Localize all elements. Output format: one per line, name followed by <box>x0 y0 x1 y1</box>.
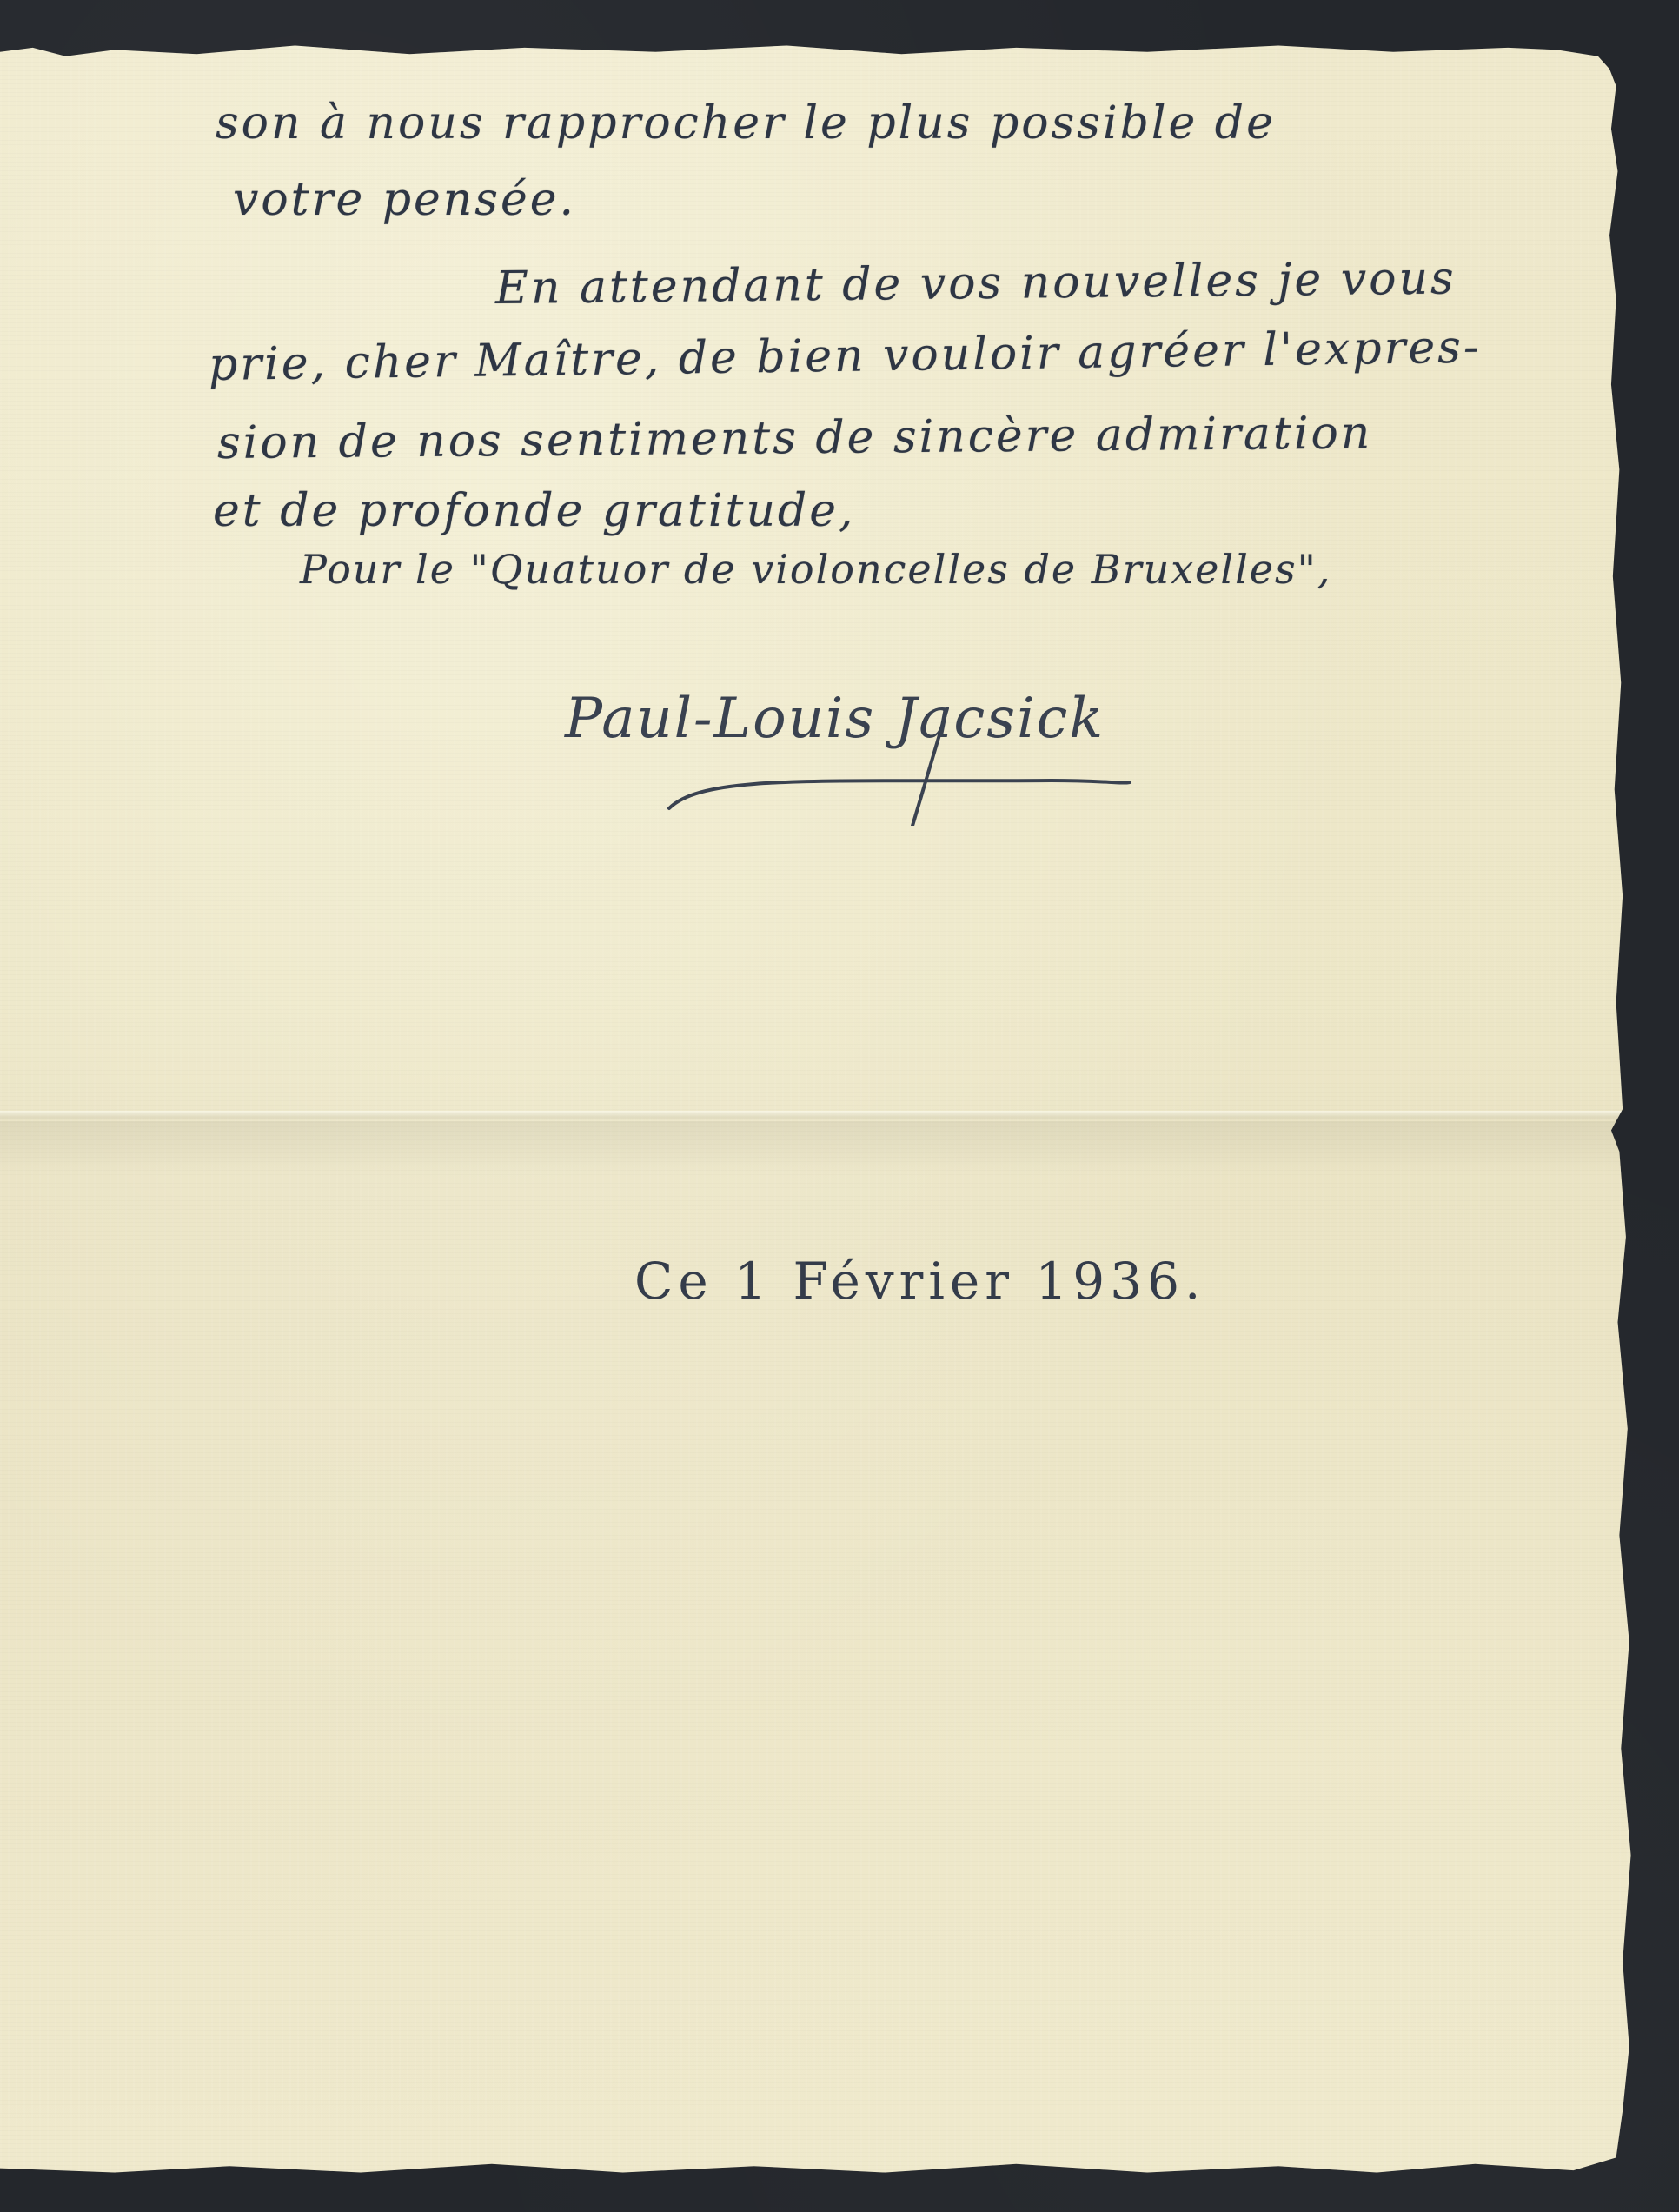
letter-date: Ce 1 Février 1936. <box>634 1252 1205 1311</box>
letter-paper: son à nous rapprocher le plus possible d… <box>0 43 1639 2175</box>
letter-body: son à nous rapprocher le plus possible d… <box>0 43 1639 2175</box>
letter-line-1: son à nous rapprocher le plus possible d… <box>216 97 1276 149</box>
signature-text: Paul-Louis Jacsick <box>565 687 1105 751</box>
signature: Paul-Louis Jacsick <box>565 652 1260 826</box>
letter-line-4: prie, cher Maître, de bien vouloir agrée… <box>209 322 1482 391</box>
letter-line-2: votre pensée. <box>233 174 576 226</box>
letter-line-closing: Pour le "Quatuor de violoncelles de Brux… <box>300 546 1331 593</box>
letter-line-5: sion de nos sentiments de sincère admira… <box>217 407 1373 469</box>
letter-line-6: et de profonde gratitude, <box>213 485 856 537</box>
letter-line-3: En attendant de vos nouvelles je vous <box>495 252 1457 315</box>
